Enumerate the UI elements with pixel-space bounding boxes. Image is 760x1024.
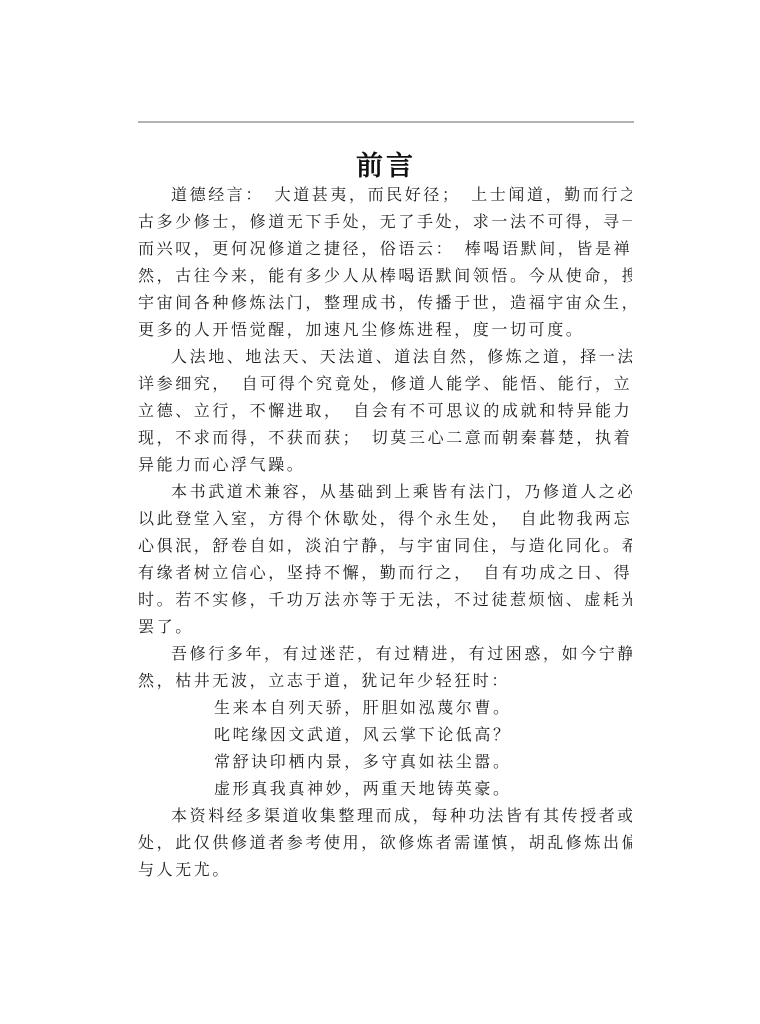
preface-body: 道德经言： 大道甚夷，而民好径； 上士闻道，勤而行之。自古多少修士，修道无下手处… [138, 182, 632, 884]
poem-block: 生来本自列天骄，肝胆如泓蔑尔曹。叱咤缘因文武道，风云掌下论低高？常舒诀印栖内景，… [138, 695, 632, 803]
paragraph-line: 异能力而心浮气躁。 [138, 452, 632, 479]
poem-line: 常舒诀印栖内景，多守真如祛尘嚣。 [138, 749, 632, 776]
paragraph-line: 以此登堂入室，方得个休歇处，得个永生处， 自此物我两忘，身 [138, 506, 632, 533]
paragraph-line: 更多的人开悟觉醒，加速凡尘修炼进程，度一切可度。 [138, 317, 632, 344]
paragraph-line: 吾修行多年，有过迷茫，有过精进，有过困惑，如今宁静怡 [138, 641, 632, 668]
paragraph-line: 罢了。 [138, 614, 632, 641]
page-title: 前言 [138, 144, 634, 183]
paragraph-block: 吾修行多年，有过迷茫，有过精进，有过困惑，如今宁静怡然，枯井无波，立志于道，犹记… [138, 641, 632, 695]
paragraph-line: 心俱泯，舒卷自如，淡泊宁静，与宇宙同住，与造化同化。希望 [138, 533, 632, 560]
paragraph-line: 而兴叹，更何况修道之捷径，俗语云： 棒喝语默间，皆是禅机！ [138, 236, 632, 263]
poem-line: 叱咤缘因文武道，风云掌下论低高？ [138, 722, 632, 749]
title-divider-rule [138, 121, 634, 123]
paragraph-block: 道德经言： 大道甚夷，而民好径； 上士闻道，勤而行之。自古多少修士，修道无下手处… [138, 182, 632, 344]
paragraph-line: 本书武道术兼容，从基础到上乘皆有法门，乃修道人之必读， [138, 479, 632, 506]
paragraph-line: 宇宙间各种修炼法门，整理成书，传播于世，造福宇宙众生，让 [138, 290, 632, 317]
paragraph-line: 古多少修士，修道无下手处，无了手处，求一法不可得，寻一术 [138, 209, 632, 236]
paragraph-line: 然，古往今来，能有多少人从棒喝语默间领悟。今从使命，搜集 [138, 263, 632, 290]
paragraph-block: 本资料经多渠道收集整理而成，每种功法皆有其传授者或出处，此仅供修道者参考使用，欲… [138, 803, 632, 884]
paragraph-line: 然，枯井无波，立志于道，犹记年少轻狂时： [138, 668, 632, 695]
poem-line: 虚形真我真神妙，两重天地铸英豪。 [138, 776, 632, 803]
paragraph-line: 本资料经多渠道收集整理而成，每种功法皆有其传授者或出 [138, 803, 632, 830]
paragraph-line: 处，此仅供修道者参考使用，欲修炼者需谨慎，胡乱修炼出偏者， [138, 830, 632, 857]
paragraph-line: 人法地、地法天、天法道、道法自然，修炼之道，择一法门 [138, 344, 632, 371]
paragraph-line: 现，不求而得，不获而获； 切莫三心二意而朝秦暮楚，执着于特 [138, 425, 632, 452]
paragraph-line: 与人无尤。 [138, 857, 632, 884]
document-page: 前言 道德经言： 大道甚夷，而民好径； 上士闻道，勤而行之。自古多少修士，修道无… [0, 0, 760, 1024]
paragraph-line: 时。若不实修，千功万法亦等于无法，不过徒惹烦恼、虚耗光阴 [138, 587, 632, 614]
paragraph-line: 立德、立行，不懈进取， 自会有不可思议的成就和特异能力的出 [138, 398, 632, 425]
paragraph-line: 详参细究， 自可得个究竟处，修道人能学、能悟、能行，立志、 [138, 371, 632, 398]
paragraph-line: 有缘者树立信心，坚持不懈，勤而行之， 自有功成之日、得道之 [138, 560, 632, 587]
paragraph-block: 人法地、地法天、天法道、道法自然，修炼之道，择一法门详参细究， 自可得个究竟处，… [138, 344, 632, 479]
paragraph-block: 本书武道术兼容，从基础到上乘皆有法门，乃修道人之必读，以此登堂入室，方得个休歇处… [138, 479, 632, 641]
poem-line: 生来本自列天骄，肝胆如泓蔑尔曹。 [138, 695, 632, 722]
paragraph-line: 道德经言： 大道甚夷，而民好径； 上士闻道，勤而行之。自 [138, 182, 632, 209]
